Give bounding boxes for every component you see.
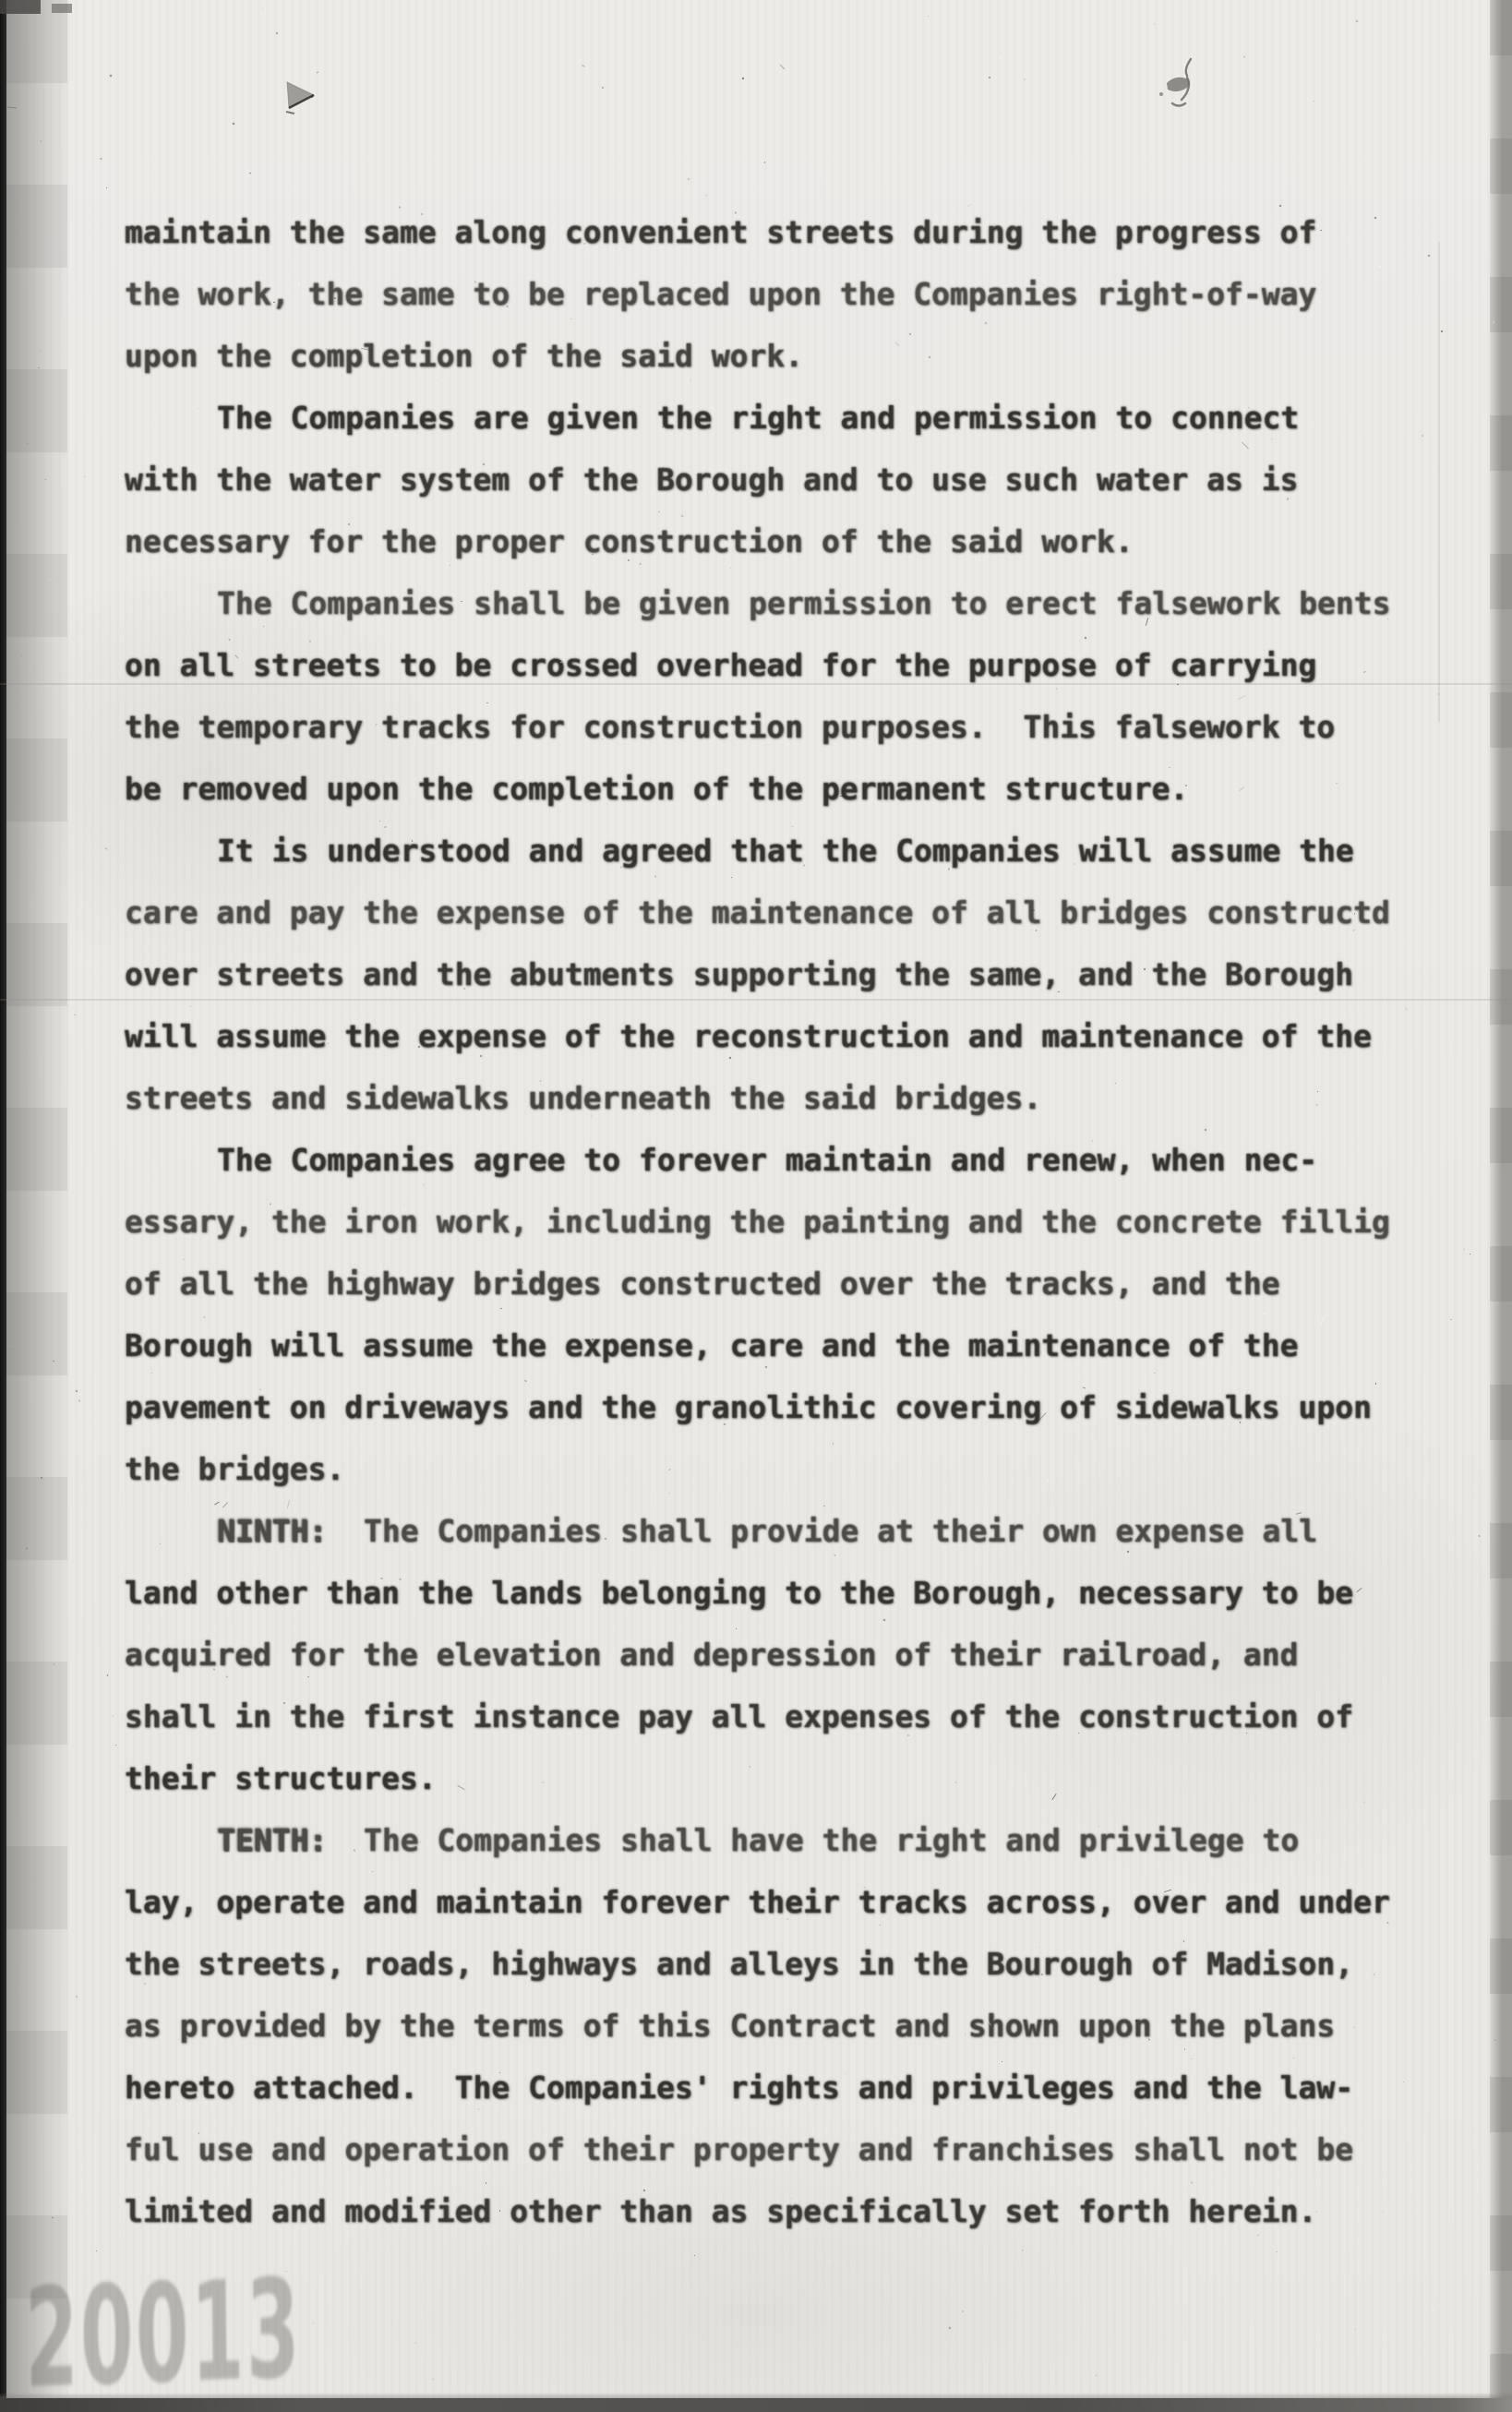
triangle-right-mark-icon — [284, 79, 321, 116]
document-line: the bridges. — [125, 1451, 1454, 1513]
document-line: the work, the same to be replaced upon t… — [125, 276, 1454, 338]
document-line: with the water system of the Borough and… — [125, 462, 1454, 523]
document-line: over streets and the abutments supportin… — [125, 956, 1454, 1018]
document-line: The Companies shall be given permission … — [125, 585, 1454, 647]
document-line: lay, operate and maintain forever their … — [125, 1884, 1454, 1946]
document-line: on all streets to be crossed overhead fo… — [125, 647, 1454, 709]
scan-corner-artifact — [0, 0, 41, 14]
clause-heading-tenth: TENTH: — [217, 1822, 327, 1858]
document-line: hereto attached. The Companies' rights a… — [125, 2070, 1454, 2131]
clause-text: The Companies shall have the right and p… — [327, 1822, 1299, 1858]
document-line: The Companies agree to forever maintain … — [125, 1142, 1454, 1204]
document-line: essary, the iron work, including the pai… — [125, 1204, 1454, 1266]
document-line: as provided by the terms of this Contrac… — [125, 2008, 1454, 2070]
scan-corner-artifact — [52, 4, 72, 13]
document-line-tenth-clause: TENTH: The Companies shall have the righ… — [125, 1822, 1454, 1884]
document-line: land other than the lands belonging to t… — [125, 1575, 1454, 1637]
document-line: ful use and operation of their property … — [125, 2131, 1454, 2193]
document-line-ninth-clause: NINTH: The Companies shall provide at th… — [125, 1513, 1454, 1575]
document-line: their structures. — [125, 1760, 1454, 1822]
clause-text: The Companies shall provide at their own… — [327, 1513, 1317, 1549]
document-line: necessary for the proper construction of… — [125, 523, 1454, 585]
document-line: shall in the first instance pay all expe… — [125, 1698, 1454, 1760]
document-body: maintain the same along convenient stree… — [125, 214, 1454, 2255]
pencil-squiggle-mark-icon — [1154, 54, 1218, 123]
scan-right-edge-band — [1490, 0, 1512, 2412]
document-line: streets and sidewalks underneath the sai… — [125, 1080, 1454, 1142]
document-line: The Companies are given the right and pe… — [125, 400, 1454, 462]
clause-heading-ninth: NINTH: — [217, 1513, 327, 1549]
document-line: will assume the expense of the reconstru… — [125, 1018, 1454, 1080]
document-line: of all the highway bridges constructed o… — [125, 1266, 1454, 1327]
document-line: be removed upon the completion of the pe… — [125, 771, 1454, 833]
document-line: limited and modified other than as speci… — [125, 2193, 1454, 2255]
document-line: acquired for the elevation and depressio… — [125, 1637, 1454, 1698]
document-line: the streets, roads, highways and alleys … — [125, 1946, 1454, 2008]
document-line: care and pay the expense of the maintena… — [125, 894, 1454, 956]
document-line: the temporary tracks for construction pu… — [125, 709, 1454, 771]
document-line: pavement on driveways and the granolithi… — [125, 1389, 1454, 1451]
document-line: It is understood and agreed that the Com… — [125, 833, 1454, 894]
scan-left-edge — [0, 0, 6, 2412]
scanned-document-page: maintain the same along convenient stree… — [0, 0, 1512, 2412]
scan-left-gutter-band — [6, 0, 67, 2412]
document-line: Borough will assume the expense, care an… — [125, 1327, 1454, 1389]
document-line: upon the completion of the said work. — [125, 338, 1454, 400]
page-number-stamp: 20013 — [24, 2250, 302, 2412]
document-line: maintain the same along convenient stree… — [125, 214, 1454, 276]
